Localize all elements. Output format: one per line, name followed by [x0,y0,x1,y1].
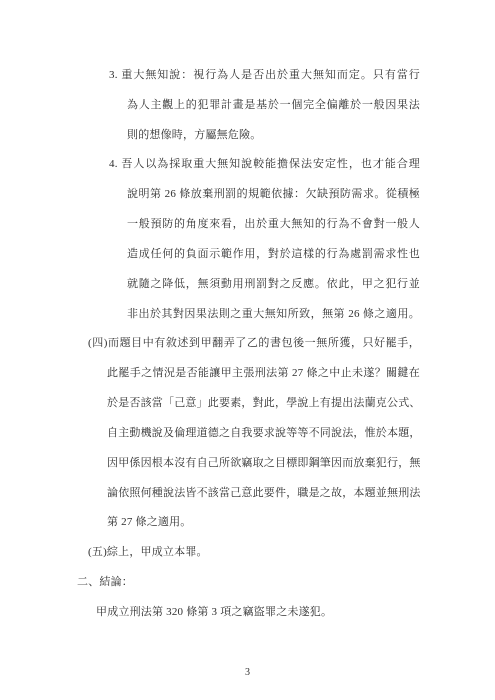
page-number: 3 [0,666,495,680]
list-item-4-line-5: 就隨之降低，無須動用刑罰對之反應。依此，甲之犯行並 [127,270,420,300]
page: 3. 重大無知說：視行為人是否出於重大無知而定。只有當行 為人主觀上的犯罪計畫是… [0,0,495,700]
section-four-line-5: 因甲係因根本沒有自己所欲竊取之目標即鋼筆因而放棄犯行，無 [107,449,420,479]
conclusion-heading: 二、結論： [77,568,420,598]
section-four-line-3: 於是否該當「己意」此要素，對此，學說上有提出法蘭克公式、 [107,389,420,419]
section-four-line-1: (四)而題目中有敘述到甲翻弄了乙的書包後一無所獲，只好罷手， [88,329,420,359]
list-item-4-line-1: 4. 吾人以為採取重大無知說較能擔保法安定性，也才能合理 [109,150,420,180]
list-item-3-line-2: 為人主觀上的犯罪計畫是基於一個完全偏離於一般因果法 [127,91,420,121]
list-item-4-line-2: 說明第 26 條放棄刑罰的規範依據：欠缺預防需求。從積極 [127,180,420,210]
list-item-4-line-4: 造成任何的負面示範作用，對於這樣的行為處罰需求性也 [127,240,420,270]
list-item-3-line-1: 3. 重大無知說：視行為人是否出於重大無知而定。只有當行 [109,61,420,91]
section-five-line-1: (五)綜上，甲成立本罪。 [88,538,420,568]
document-page: { "colors": { "ink": "#2e2e2e", "paper":… [0,0,495,700]
list-item-3-line-3: 則的想像時，方屬無危險。 [127,121,420,151]
section-four-line-7: 第 27 條之適用。 [107,508,420,538]
document-body: 3. 重大無知說：視行為人是否出於重大無知而定。只有當行 為人主觀上的犯罪計畫是… [0,61,495,628]
section-four-line-6: 論依照何種說法皆不該當己意此要件，職是之故，本題並無刑法 [107,479,420,509]
list-item-4-line-6: 非出於其對因果法則之重大無知所致，無第 26 條之適用。 [127,300,420,330]
section-four-line-4: 自主動機說及倫理道德之自我要求說等等不同說法，惟於本題， [107,419,420,449]
conclusion-line-1: 甲成立刑法第 320 條第 3 項之竊盜罪之未遂犯。 [96,598,420,628]
list-item-4-line-3: 一般預防的角度來看，出於重大無知的行為不會對一般人 [127,210,420,240]
section-four-line-2: 此罷手之情況是否能讓甲主張刑法第 27 條之中止未遂？關鍵在 [107,359,420,389]
